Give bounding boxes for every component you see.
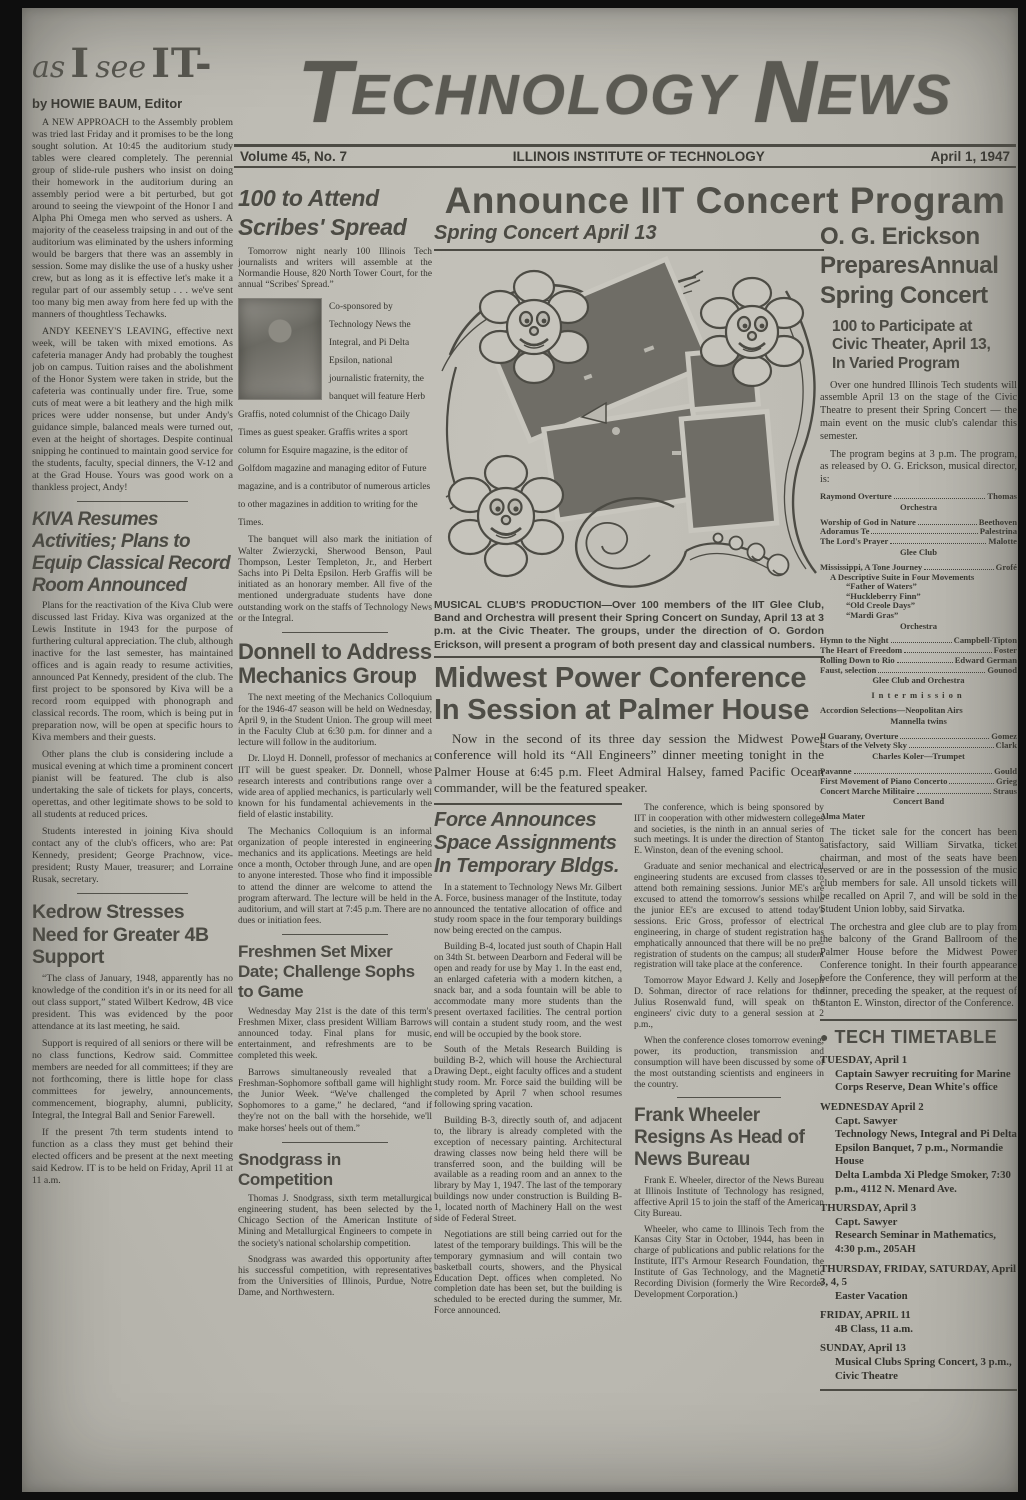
- article-paragraph: When the conference closes tomorrow even…: [634, 1036, 824, 1091]
- program-composer: Gounod: [987, 666, 1017, 676]
- spring-subhead-row: Spring Concert April 13: [434, 222, 824, 251]
- timetable-item: Delta Lambda Xi Pledge Smoker, 7:30 p.m.…: [820, 1169, 1017, 1196]
- illustration-caption: MUSICAL CLUB'S PRODUCTION—Over 100 membe…: [434, 599, 824, 652]
- logo-word-it: IT-: [151, 40, 212, 87]
- ticket-body: The ticket sale for the concert has been…: [820, 827, 1017, 1011]
- article-paragraph: Plans for the reactivation of the Kiva C…: [32, 600, 233, 744]
- article-paragraph: Tomorrow night nearly 100 Illinois Tech …: [238, 247, 432, 292]
- program-piece: Concert Marche Militaire: [820, 787, 915, 797]
- dot-leader: [890, 543, 986, 544]
- masthead-volume: Volume 45, No. 7: [240, 149, 347, 164]
- tech-timetable-list: TUESDAY, April 1Captain Sawyer recruitin…: [820, 1054, 1017, 1383]
- program-piece: The Lord's Prayer: [820, 537, 888, 547]
- program-performer: Orchestra: [820, 503, 1017, 513]
- article-paragraph: Building B-3, directly south of, and adj…: [434, 1116, 622, 1225]
- dot-leader: [891, 642, 952, 643]
- divider: [282, 1142, 389, 1143]
- article-paragraph: Snodgrass was awarded this opportunity a…: [238, 1255, 432, 1300]
- divider: [677, 1097, 782, 1098]
- snodgrass-headline: Snodgrass in Competition: [238, 1150, 432, 1190]
- wheeler-body: Frank E. Wheeler, director of the News B…: [634, 1176, 824, 1301]
- kedrow-body: “The class of January, 1948, apparently …: [32, 973, 233, 1187]
- logo-word-see: see: [95, 50, 146, 85]
- article-paragraph: Dr. Lloyd H. Donnell, professor of mecha…: [238, 754, 432, 821]
- title-cap-t: T: [297, 42, 351, 141]
- erickson-subhead-line3: In Varied Program: [832, 355, 960, 372]
- article-paragraph: The banquet will also mark the initiatio…: [238, 535, 432, 625]
- divider: [434, 803, 622, 805]
- herb-graffis-portrait: [238, 298, 322, 400]
- dot-leader: [897, 662, 953, 663]
- timetable-day: THURSDAY, FRIDAY, SATURDAY, April 3, 4, …: [820, 1263, 1017, 1290]
- program-group: Worship of God in NatureBeethovenAdoramu…: [820, 518, 1017, 558]
- concert-program-headline: Announce IIT Concert Program: [434, 180, 1016, 222]
- article-paragraph: Graduate and senior mechanical and elect…: [634, 862, 824, 971]
- flower-face-icon: [449, 456, 563, 576]
- logo-word-i: I: [70, 40, 90, 87]
- dot-leader: [900, 738, 989, 739]
- donnell-body: The next meeting of the Mechanics Colloq…: [238, 693, 432, 927]
- flowers-collage-drawing: [434, 255, 824, 595]
- force-headline: Force Announces Space Assignments In Tem…: [434, 809, 622, 878]
- program-composer: Straus: [993, 787, 1017, 797]
- program-performer: Orchestra: [820, 622, 1017, 632]
- program-row: The Lord's PrayerMalotte: [820, 537, 1017, 547]
- article-paragraph: Thomas J. Snodgrass, sixth term metallur…: [238, 1194, 432, 1250]
- dot-leader: [917, 793, 991, 794]
- page-title: TECHNOLOGY NEWS: [234, 44, 1016, 144]
- column-two: 100 to Attend Scribes' Spread Tomorrow n…: [238, 184, 432, 1490]
- dot-leader: [904, 652, 991, 653]
- program-group: Il Guarany, OvertureGomezStars of the Ve…: [820, 732, 1017, 762]
- divider: [820, 1019, 1017, 1021]
- erickson-headline-line1: O. G. Erickson: [820, 223, 980, 250]
- force-column: Force Announces Space Assignments In Tem…: [434, 803, 622, 1322]
- article-paragraph: The conference, which is being sponsored…: [634, 803, 824, 858]
- divider: [77, 893, 188, 894]
- article-paragraph: A NEW APPROACH to the Assembly problem w…: [32, 117, 233, 321]
- scribes-headline: 100 to Attend Scribes' Spread: [238, 184, 432, 242]
- program-performer: Charles Koler—Trumpet: [820, 752, 1017, 762]
- article-paragraph: The program begins at 3 p.m. The program…: [820, 449, 1017, 487]
- program-intermission: Intermission: [820, 691, 1017, 701]
- article-paragraph: Over one hundred Illinois Tech students …: [820, 380, 1017, 444]
- timetable-entry: THURSDAY, FRIDAY, SATURDAY, April 3, 4, …: [820, 1263, 1017, 1304]
- dot-leader: [949, 783, 994, 784]
- program-performer: Concert Band: [820, 797, 1017, 807]
- dot-leader: [918, 524, 977, 525]
- concert-program-list: Raymond OvertureThomasOrchestraWorship o…: [820, 492, 1017, 822]
- article-paragraph: Tomorrow Mayor Edward J. Kelly and Josep…: [634, 976, 824, 1031]
- erickson-body: Over one hundred Illinois Tech students …: [820, 380, 1017, 487]
- program-group: Raymond OvertureThomasOrchestra: [820, 492, 1017, 513]
- force-body: In a statement to Technology News Mr. Gi…: [434, 883, 622, 1317]
- title-word-2: EWS: [817, 63, 953, 127]
- conference-column: The conference, which is being sponsored…: [634, 803, 824, 1322]
- divider: [820, 1389, 1017, 1391]
- article-paragraph: In a statement to Technology News Mr. Gi…: [434, 883, 622, 938]
- timetable-item: Technology News, Integral and Pi Delta E…: [820, 1128, 1017, 1169]
- program-piece: Raymond Overture: [820, 492, 892, 502]
- dot-leader: [894, 498, 986, 499]
- dot-leader: [909, 747, 994, 748]
- article-paragraph: South of the Metals Research Building is…: [434, 1045, 622, 1110]
- divider: [77, 501, 188, 502]
- column-center: Spring Concert April 13: [434, 222, 824, 1490]
- donnell-headline: Donnell to Address Mechanics Group: [238, 640, 432, 688]
- divider: [434, 656, 824, 658]
- snodgrass-body: Thomas J. Snodgrass, sixth term metallur…: [238, 1194, 432, 1300]
- timetable-entry: TUESDAY, April 1Captain Sawyer recruitin…: [820, 1054, 1017, 1095]
- center-subcolumns: Force Announces Space Assignments In Tem…: [434, 803, 824, 1322]
- timetable-day: WEDNESDAY April 2: [820, 1101, 1017, 1115]
- as-i-see-it-logo: as I see IT-: [32, 38, 233, 94]
- tech-timetable-headline: ● TECH TIMETABLE: [820, 1027, 1017, 1048]
- program-piece: Faust, selection: [820, 666, 876, 676]
- program-performer: Glee Club: [820, 548, 1017, 558]
- timetable-item: Easter Vacation: [820, 1290, 1017, 1304]
- program-performer: Glee Club and Orchestra: [820, 676, 1017, 686]
- program-row: Concert Marche MilitaireStraus: [820, 787, 1017, 797]
- program-composer: Malotte: [988, 537, 1017, 547]
- program-group: Mississippi, A Tone JourneyGroféA Descri…: [820, 563, 1017, 632]
- kedrow-headline: Kedrow Stresses Need for Greater 4B Supp…: [32, 901, 233, 968]
- column-right: O. G. EricksonPreparesAnnualSpring Conce…: [820, 222, 1017, 1490]
- midwest-lede: Now in the second of its three day sessi…: [434, 731, 824, 797]
- article-paragraph: Wednesday May 21st is the date of this t…: [238, 1007, 432, 1063]
- article-paragraph: The Mechanics Colloquium is an informal …: [238, 827, 432, 928]
- article-paragraph: “The class of January, 1948, apparently …: [32, 973, 233, 1033]
- program-piece: Accordion Selections—Neopolitan Airs: [820, 706, 1017, 716]
- timetable-item: 4B Class, 11 a.m.: [820, 1323, 1017, 1337]
- program-row: Raymond OvertureThomas: [820, 492, 1017, 502]
- article-paragraph: The next meeting of the Mechanics Colloq…: [238, 693, 432, 749]
- timetable-day: FRIDAY, APRIL 11: [820, 1309, 1017, 1323]
- freshmen-headline: Freshmen Set Mixer Date; Challenge Sophs…: [238, 942, 432, 1002]
- article-paragraph: Barrows simultaneously revealed that a F…: [238, 1068, 432, 1135]
- program-row: Faust, selectionGounod: [820, 666, 1017, 676]
- midwest-headline-line1: Midwest Power Conference: [434, 662, 806, 694]
- timetable-item: Captain Sawyer recruiting for Marine Cor…: [820, 1068, 1017, 1095]
- program-piece: Stars of the Velvety Sky: [820, 741, 907, 751]
- program-subline: “Mardi Gras”: [820, 611, 1017, 621]
- program-piece: Alma Mater: [820, 812, 1017, 822]
- dot-leader: [878, 672, 985, 673]
- program-composer: Clark: [996, 741, 1017, 751]
- tech-timetable-title: TECH TIMETABLE: [834, 1027, 997, 1047]
- timetable-entry: FRIDAY, APRIL 114B Class, 11 a.m.: [820, 1309, 1017, 1336]
- scribes-photo-paragraph: Co-sponsored by Technology News the Inte…: [238, 296, 432, 530]
- masthead-date: April 1, 1947: [930, 149, 1010, 164]
- timetable-item: Capt. Sawyer: [820, 1216, 1017, 1230]
- article-paragraph: If the present 7th term students intend …: [32, 1127, 233, 1187]
- divider: [282, 934, 389, 935]
- as-i-see-it-body: A NEW APPROACH to the Assembly problem w…: [32, 117, 233, 494]
- article-paragraph: Building B-4, located just south of Chap…: [434, 942, 622, 1040]
- newspaper-page: TECHNOLOGY NEWS Volume 45, No. 7 ILLINOI…: [22, 8, 1018, 1492]
- timetable-item: Capt. Sawyer: [820, 1115, 1017, 1129]
- column-left: as I see IT- by HOWIE BAUM, Editor A NEW…: [32, 38, 233, 1486]
- erickson-subhead-line2: Civic Theater, April 13,: [832, 336, 991, 353]
- masthead: TECHNOLOGY NEWS Volume 45, No. 7 ILLINOI…: [234, 44, 1016, 168]
- kiva-body: Plans for the reactivation of the Kiva C…: [32, 600, 233, 886]
- program-group: PavanneGouldFirst Movement of Piano Conc…: [820, 767, 1017, 807]
- article-paragraph: Negotiations are still being carried out…: [434, 1230, 622, 1317]
- timetable-item: Musical Clubs Spring Concert, 3 p.m., Ci…: [820, 1356, 1017, 1383]
- timetable-day: TUESDAY, April 1: [820, 1054, 1017, 1068]
- divider: [282, 632, 389, 633]
- newspaper-photo: TECHNOLOGY NEWS Volume 45, No. 7 ILLINOI…: [0, 0, 1026, 1500]
- masthead-institution: ILLINOIS INSTITUTE OF TECHNOLOGY: [513, 149, 765, 164]
- kiva-headline: KIVA Resumes Activities; Plans to Equip …: [32, 509, 233, 596]
- timetable-day: THURSDAY, April 3: [820, 1202, 1017, 1216]
- program-composer: Thomas: [987, 492, 1017, 502]
- program-row: Stars of the Velvety SkyClark: [820, 741, 1017, 751]
- midwest-headline: Midwest Power ConferenceIn Session at Pa…: [434, 662, 824, 727]
- timetable-item: Research Seminar in Mathematics, 4:30 p.…: [820, 1229, 1017, 1256]
- concert-illustration: [434, 255, 824, 595]
- erickson-subhead-line1: 100 to Participate at: [832, 318, 972, 335]
- title-cap-n: N: [753, 42, 817, 141]
- timetable-day: SUNDAY, April 13: [820, 1342, 1017, 1356]
- logo-word-as: as: [32, 50, 65, 85]
- dot-leader: [854, 773, 993, 774]
- conference-body: The conference, which is being sponsored…: [634, 803, 824, 1091]
- program-performer: Mannella twins: [820, 717, 1017, 727]
- article-paragraph: ANDY KEENEY'S LEAVING, effective next we…: [32, 326, 233, 494]
- program-composer: Grofé: [996, 563, 1017, 573]
- timetable-entry: WEDNESDAY April 2Capt. SawyerTechnology …: [820, 1101, 1017, 1196]
- article-paragraph: Frank E. Wheeler, director of the News B…: [634, 1176, 824, 1220]
- timetable-entry: THURSDAY, April 3Capt. SawyerResearch Se…: [820, 1202, 1017, 1256]
- article-paragraph: Support is required of all seniors or th…: [32, 1038, 233, 1122]
- program-group: Intermission: [820, 691, 1017, 701]
- article-paragraph: Wheeler, who came to Illinois Tech from …: [634, 1225, 824, 1301]
- article-paragraph: Other plans the club is considering incl…: [32, 749, 233, 821]
- erickson-headline-line2: PreparesAnnual: [820, 252, 998, 279]
- midwest-headline-line2: In Session at Palmer House: [434, 694, 809, 726]
- lead-headline-row: Announce IIT Concert Program: [434, 180, 1016, 222]
- bullet-icon: ●: [820, 1029, 829, 1045]
- freshmen-body: Wednesday May 21st is the date of this t…: [238, 1007, 432, 1135]
- erickson-subhead: 100 to Participate atCivic Theater, Apri…: [820, 318, 1017, 374]
- program-group: Alma Mater: [820, 812, 1017, 822]
- erickson-headline: O. G. EricksonPreparesAnnualSpring Conce…: [820, 222, 1017, 310]
- title-word-1: ECHNOLOGY: [351, 63, 753, 127]
- article-paragraph: The ticket sale for the concert has been…: [820, 827, 1017, 917]
- wheeler-headline: Frank Wheeler Resigns As Head of News Bu…: [634, 1105, 824, 1171]
- spring-concert-subhead: Spring Concert April 13: [434, 222, 824, 249]
- dot-leader: [871, 533, 977, 534]
- timetable-entry: SUNDAY, April 13Musical Clubs Spring Con…: [820, 1342, 1017, 1383]
- dot-leader: [924, 569, 993, 570]
- article-paragraph: The orchestra and glee club are to play …: [820, 922, 1017, 1012]
- masthead-info-bar: Volume 45, No. 7 ILLINOIS INSTITUTE OF T…: [234, 144, 1016, 168]
- article-paragraph: Students interested in joining Kiva shou…: [32, 826, 233, 886]
- program-group: Hymn to the NightCampbell-TiptonThe Hear…: [820, 636, 1017, 686]
- editor-byline: by HOWIE BAUM, Editor: [32, 96, 233, 111]
- erickson-headline-line3: Spring Concert: [820, 282, 988, 309]
- program-group: Accordion Selections—Neopolitan AirsMann…: [820, 706, 1017, 727]
